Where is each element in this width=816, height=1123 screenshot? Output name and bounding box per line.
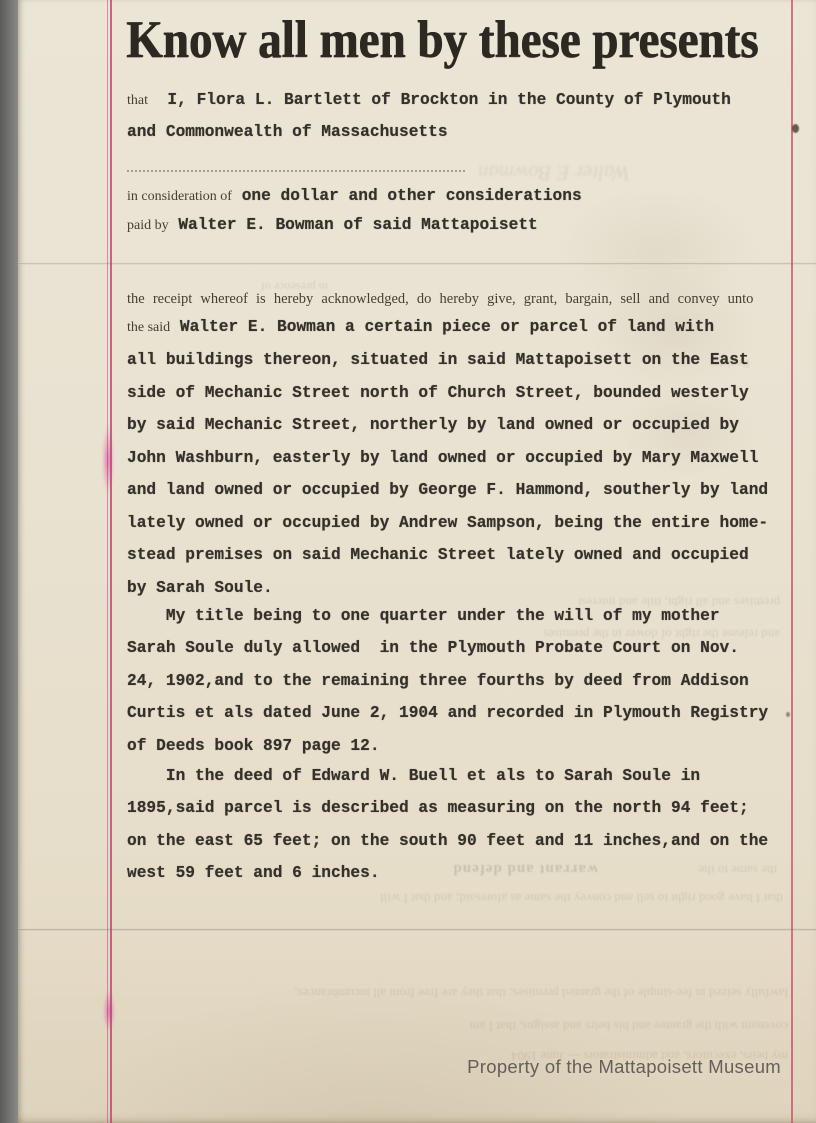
printed-text: paid by [127, 218, 169, 233]
printed-text: that [127, 93, 148, 108]
document-line: on the east 65 feet; on the south 90 fee… [127, 831, 768, 851]
fold-crease [18, 928, 816, 931]
document-line: of Deeds book 897 page 12. [127, 736, 380, 756]
document-line: John Washburn, easterly by land owned or… [127, 448, 758, 468]
typed-text: Walter E. Bowman a certain piece or parc… [170, 318, 714, 336]
typed-text: 24, 1902,and to the remaining three four… [127, 672, 749, 690]
typed-text: John Washburn, easterly by land owned or… [127, 449, 758, 467]
document-line: My title being to one quarter under the … [127, 606, 720, 626]
typed-text: and land owned or occupied by George F. … [127, 481, 768, 499]
typed-text: by said Mechanic Street, northerly by la… [127, 416, 739, 434]
scan-background-edge [0, 0, 18, 1123]
typed-text: on the east 65 feet; on the south 90 fee… [127, 832, 768, 850]
bleedthrough-text: that I have good right to sell and conve… [128, 890, 783, 906]
typed-text: In the deed of Edward W. Buell et als to… [127, 767, 700, 785]
document-line: lately owned or occupied by Andrew Samps… [127, 513, 768, 533]
document-line: and land owned or occupied by George F. … [127, 480, 768, 500]
typed-text: by Sarah Soule. [127, 579, 273, 597]
ink-speck [792, 124, 799, 133]
bleedthrough-text: covenant with the grantee and his heirs … [128, 1018, 788, 1034]
printed-text: the receipt whereof is hereby acknowledg… [127, 291, 753, 307]
document-title: Know all men by these presents [126, 10, 792, 70]
document-line: Sarah Soule duly allowed in the Plymouth… [127, 638, 739, 658]
document-line: paid by Walter E. Bowman of said Mattapo… [127, 215, 538, 236]
ink-smudge [102, 425, 114, 495]
typed-text: Walter E. Bowman of said Mattapoisett [169, 216, 538, 234]
typed-text: Curtis et als dated June 2, 1904 and rec… [127, 704, 768, 722]
document-line: by said Mechanic Street, northerly by la… [127, 415, 739, 435]
typed-text: I, Flora L. Bartlett of Brockton in the … [148, 91, 731, 109]
document-line: side of Mechanic Street north of Church … [127, 383, 749, 403]
fold-crease [18, 262, 816, 265]
document-line: and Commonwealth of Massachusetts [127, 122, 448, 142]
ink-speck [786, 712, 790, 717]
typed-text: 1895,said parcel is described as measuri… [127, 799, 749, 817]
document-line: 24, 1902,and to the remaining three four… [127, 671, 749, 691]
document-line: In the deed of Edward W. Buell et als to… [127, 766, 700, 786]
document-line: by Sarah Soule. [127, 578, 273, 598]
typed-text: My title being to one quarter under the … [127, 607, 720, 625]
typed-text: stead premises on said Mechanic Street l… [127, 546, 749, 564]
ink-smudge [103, 990, 115, 1032]
museum-watermark: Property of the Mattapoisett Museum [467, 1056, 781, 1078]
typed-text: Sarah Soule duly allowed in the Plymouth… [127, 639, 739, 657]
bleedthrough-text: warrant and defend [388, 860, 598, 877]
printed-text: in consideration of [127, 189, 232, 204]
document-line: west 59 feet and 6 inches. [127, 863, 380, 883]
typed-text: west 59 feet and 6 inches. [127, 864, 380, 882]
document-line: that I, Flora L. Bartlett of Brockton in… [127, 90, 731, 111]
document-line: in consideration of one dollar and other… [127, 186, 582, 207]
margin-line-left [110, 0, 112, 1123]
dotted-rule [127, 170, 465, 172]
document-line: stead premises on said Mechanic Street l… [127, 545, 749, 565]
document-line: the receipt whereof is hereby acknowledg… [127, 289, 775, 309]
bleedthrough-text: lawfully seized in fee-simple of the gra… [128, 985, 788, 1001]
document-line: the said Walter E. Bowman a certain piec… [127, 317, 714, 338]
typed-text: one dollar and other considerations [232, 187, 582, 205]
typed-text: side of Mechanic Street north of Church … [127, 384, 749, 402]
typed-text: and Commonwealth of Massachusetts [127, 123, 448, 141]
typed-text: of Deeds book 897 page 12. [127, 737, 380, 755]
document-line: 1895,said parcel is described as measuri… [127, 798, 749, 818]
scanned-deed-document: Walter E Bowmanin presence ofRegisterpre… [0, 0, 816, 1123]
margin-line-left [107, 0, 108, 1123]
typed-text: lately owned or occupied by Andrew Samps… [127, 514, 768, 532]
document-line: all buildings thereon, situated in said … [127, 350, 749, 370]
bleedthrough-text: the same to the [602, 862, 777, 878]
margin-line-right [791, 0, 793, 1123]
printed-text: the said [127, 320, 170, 335]
bleedthrough-text: Walter E Bowman [420, 160, 630, 185]
document-line: Curtis et als dated June 2, 1904 and rec… [127, 703, 768, 723]
typed-text: all buildings thereon, situated in said … [127, 351, 749, 369]
